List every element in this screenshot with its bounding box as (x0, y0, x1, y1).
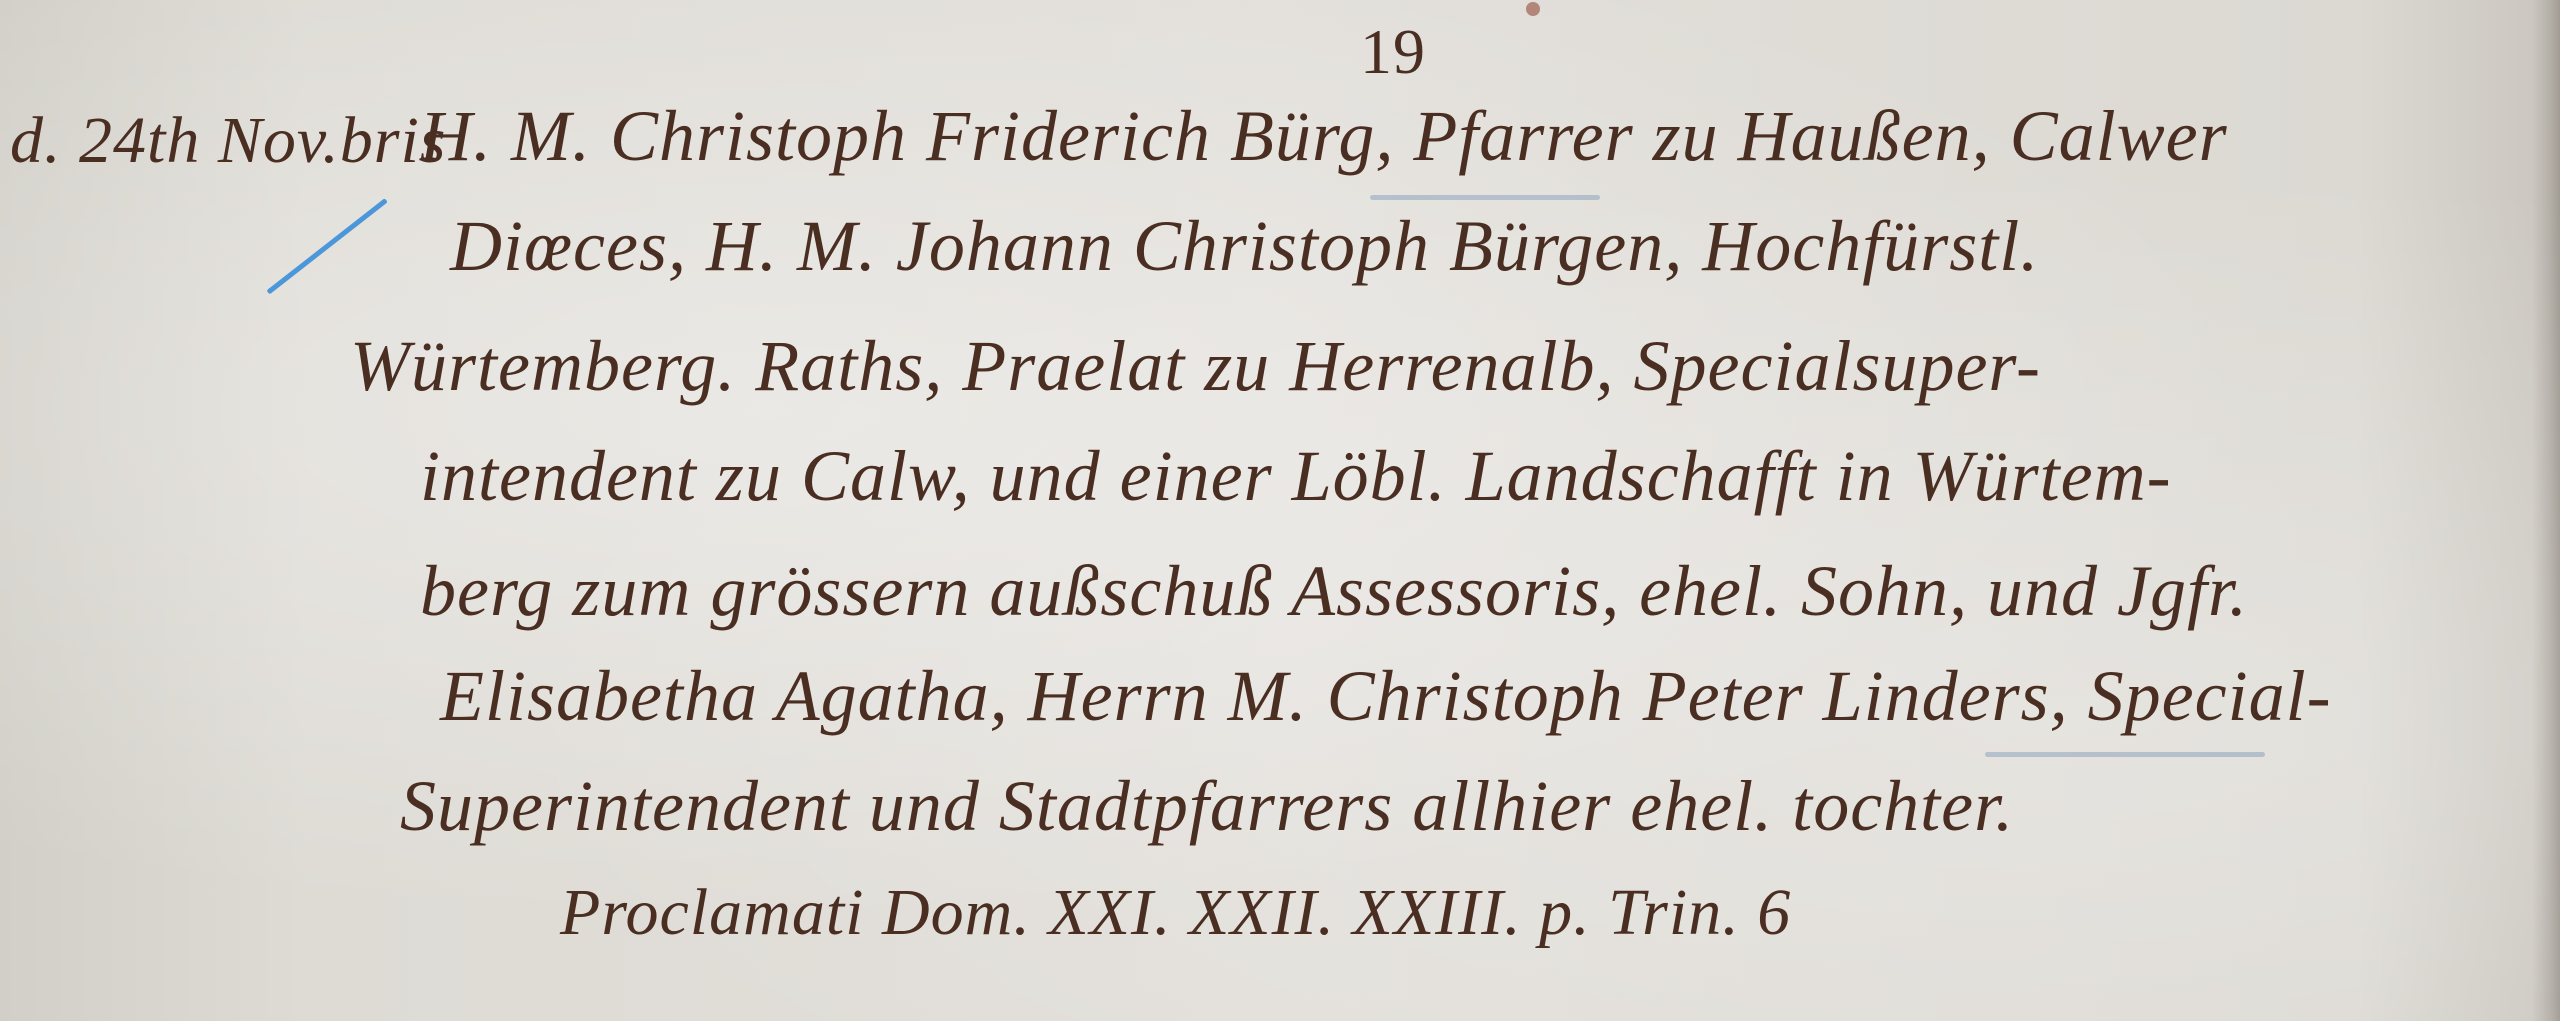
blue-pencil-underline (1370, 195, 1600, 200)
document-page: 19 d. 24th Nov.bris H. M. Christoph Frid… (0, 0, 2560, 1021)
page-edge-shadow (2532, 0, 2560, 1021)
entry-line-6: Elisabetha Agatha, Herrn M. Christoph Pe… (440, 660, 2332, 732)
ink-spot (1526, 2, 1540, 16)
entry-line-7: Superintendent und Stadtpfarrers allhier… (400, 770, 2014, 842)
blue-pencil-mark (266, 198, 387, 294)
entry-line-8-proclamation: Proclamati Dom. XXI. XXII. XXIII. p. Tri… (560, 880, 1791, 946)
entry-line-3: Würtemberg. Raths, Praelat zu Herrenalb,… (350, 330, 2041, 402)
blue-pencil-underline (1985, 752, 2265, 757)
entry-line-4: intendent zu Calw, und einer Löbl. Lands… (420, 440, 2172, 512)
margin-date: d. 24th Nov.bris (10, 108, 446, 174)
entry-line-1: H. M. Christoph Friderich Bürg, Pfarrer … (420, 100, 2228, 172)
page-number: 19 (1360, 20, 1426, 84)
entry-line-5: berg zum grössern außschuß Assessoris, e… (420, 555, 2248, 627)
entry-line-2: Diœces, H. M. Johann Christoph Bürgen, H… (450, 210, 2039, 282)
